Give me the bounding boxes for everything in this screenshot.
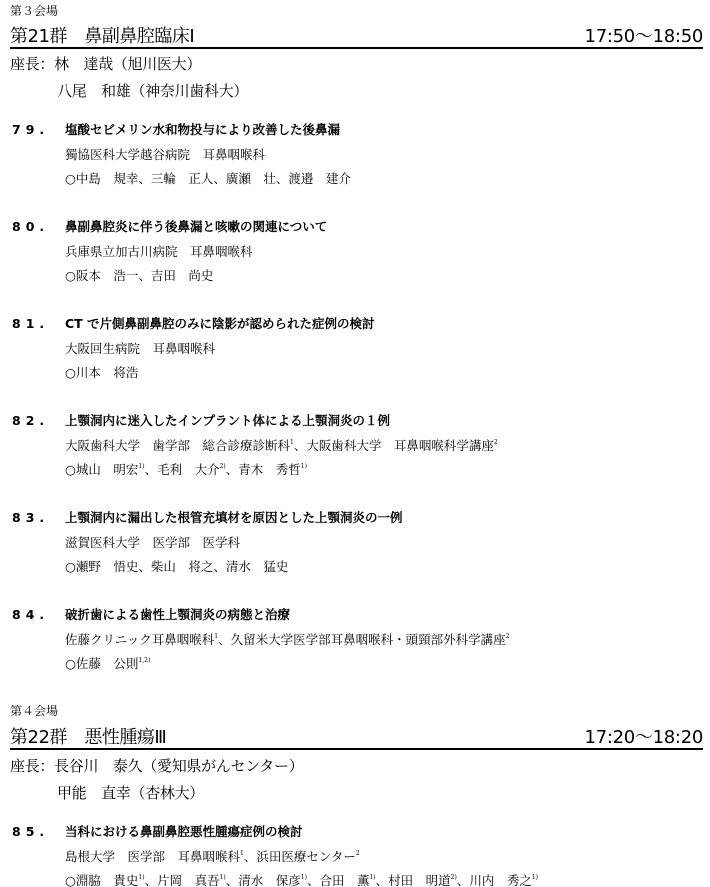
author-name: ○城山 明宏 bbox=[65, 462, 138, 477]
paper-title: 鼻副鼻腔炎に伴う後鼻漏と咳嗽の関連について bbox=[65, 219, 327, 235]
paper-number: 83. bbox=[12, 510, 49, 526]
affiliation-text: 佐藤クリニック耳鼻咽喉科 bbox=[65, 632, 214, 647]
paper-number: 84. bbox=[12, 607, 49, 623]
paper-authors: ○淵脇 貴史1)、片岡 真吾1)、清水 保彦1)、合田 薫1)、村田 明道2)、… bbox=[65, 873, 538, 887]
paper-affiliation: 滋賀医科大学 医学部 医学科 bbox=[65, 535, 240, 551]
author-name: ○淵脇 貴史 bbox=[65, 873, 138, 887]
chair-primary: 座長：林 達哉（旭川医大） bbox=[10, 55, 201, 73]
affiliation-text: 大阪歯科大学 歯学部 総合診療診断科 bbox=[65, 438, 290, 453]
author-name: 、村田 明道 bbox=[376, 873, 451, 887]
venue-label: 第４会場 bbox=[10, 704, 58, 718]
paper-authors: ○佐藤 公則1,2) bbox=[65, 656, 150, 672]
affiliation-text: 、浜田医療センター bbox=[244, 849, 356, 864]
affiliation-text: 島根大学 医学部 耳鼻咽喉科 bbox=[65, 849, 240, 864]
chair-primary: 座長：長谷川 泰久（愛知県がんセンター） bbox=[10, 757, 303, 775]
author-name: 、片岡 真吾 bbox=[145, 873, 220, 887]
paper-title: 上顎洞内に迷入したインプラント体による上顎洞炎の１例 bbox=[65, 413, 390, 429]
venue-label: 第３会場 bbox=[10, 4, 58, 18]
affiliation-marker: 2 bbox=[506, 633, 510, 640]
paper-title: 上顎洞内に漏出した根管充填材を原因とした上顎洞炎の一例 bbox=[65, 510, 403, 526]
author-name: 、合田 薫 bbox=[307, 873, 370, 887]
paper-authors: ○中島 規幸、三輪 正人、廣瀬 壮、渡邉 建介 bbox=[65, 171, 351, 187]
paper-affiliation: 島根大学 医学部 耳鼻咽喉科1、浜田医療センター2 bbox=[65, 849, 360, 865]
paper-number: 82. bbox=[12, 413, 49, 429]
affiliation-marker: 2 bbox=[494, 439, 498, 446]
author-marker: 1) bbox=[301, 463, 307, 470]
author-marker: 1) bbox=[532, 874, 538, 881]
author-name: 、川内 秀之 bbox=[457, 873, 532, 887]
paper-title: 当科における鼻副鼻腔悪性腫瘍症例の検討 bbox=[65, 824, 303, 840]
paper-authors: ○瀬野 悟史、柴山 将之、清水 猛史 bbox=[65, 559, 288, 575]
author-name: ○佐藤 公則 bbox=[65, 656, 138, 671]
author-marker: 1,2) bbox=[138, 657, 150, 664]
group-title: 第21群 鼻副鼻腔臨床Ⅰ bbox=[10, 27, 194, 47]
paper-title: 破折歯による歯性上顎洞炎の病態と治療 bbox=[65, 607, 290, 623]
paper-authors: ○阪本 浩一、吉田 尚史 bbox=[65, 268, 213, 284]
author-name: 、青木 秀哲 bbox=[226, 462, 301, 477]
paper-affiliation: 兵庫県立加古川病院 耳鼻咽喉科 bbox=[65, 244, 253, 260]
paper-affiliation: 獨協医科大学越谷病院 耳鼻咽喉科 bbox=[65, 147, 265, 163]
group-header: 第21群 鼻副鼻腔臨床Ⅰ 17:50〜18:50 bbox=[10, 27, 703, 49]
paper-number: 80. bbox=[12, 219, 49, 235]
affiliation-text: 、大阪歯科大学 耳鼻咽喉科学講座 bbox=[294, 438, 494, 453]
affiliation-text: 、久留米大学医学部耳鼻咽喉科・頭頸部外科学講座 bbox=[218, 632, 506, 647]
paper-title: 塩酸セビメリン水和物投与により改善した後鼻漏 bbox=[65, 122, 340, 138]
paper-authors: ○川本 将浩 bbox=[65, 365, 138, 381]
paper-affiliation: 大阪歯科大学 歯学部 総合診療診断科1、大阪歯科大学 耳鼻咽喉科学講座2 bbox=[65, 438, 498, 454]
paper-number: 79. bbox=[12, 122, 49, 138]
paper-affiliation: 大阪回生病院 耳鼻咽喉科 bbox=[65, 341, 215, 357]
author-name: 、清水 保彦 bbox=[226, 873, 301, 887]
paper-number: 85. bbox=[12, 824, 49, 840]
chair-secondary: 甲能 直幸（杏林大） bbox=[57, 784, 204, 802]
group-header: 第22群 悪性腫瘍Ⅲ 17:20〜18:20 bbox=[10, 728, 703, 750]
chair-secondary: 八尾 和雄（神奈川歯科大） bbox=[57, 82, 248, 100]
paper-title: CT で片側鼻副鼻腔のみに陰影が認められた症例の検討 bbox=[65, 316, 375, 332]
paper-authors: ○城山 明宏1)、毛利 大介2)、青木 秀哲1) bbox=[65, 462, 307, 478]
paper-affiliation: 佐藤クリニック耳鼻咽喉科1、久留米大学医学部耳鼻咽喉科・頭頸部外科学講座2 bbox=[65, 632, 509, 648]
group-title: 第22群 悪性腫瘍Ⅲ bbox=[10, 728, 166, 748]
session-time: 17:50〜18:50 bbox=[585, 27, 703, 47]
session-time: 17:20〜18:20 bbox=[585, 728, 703, 748]
affiliation-marker: 2 bbox=[356, 850, 360, 857]
paper-number: 81. bbox=[12, 316, 49, 332]
author-name: 、毛利 大介 bbox=[145, 462, 220, 477]
